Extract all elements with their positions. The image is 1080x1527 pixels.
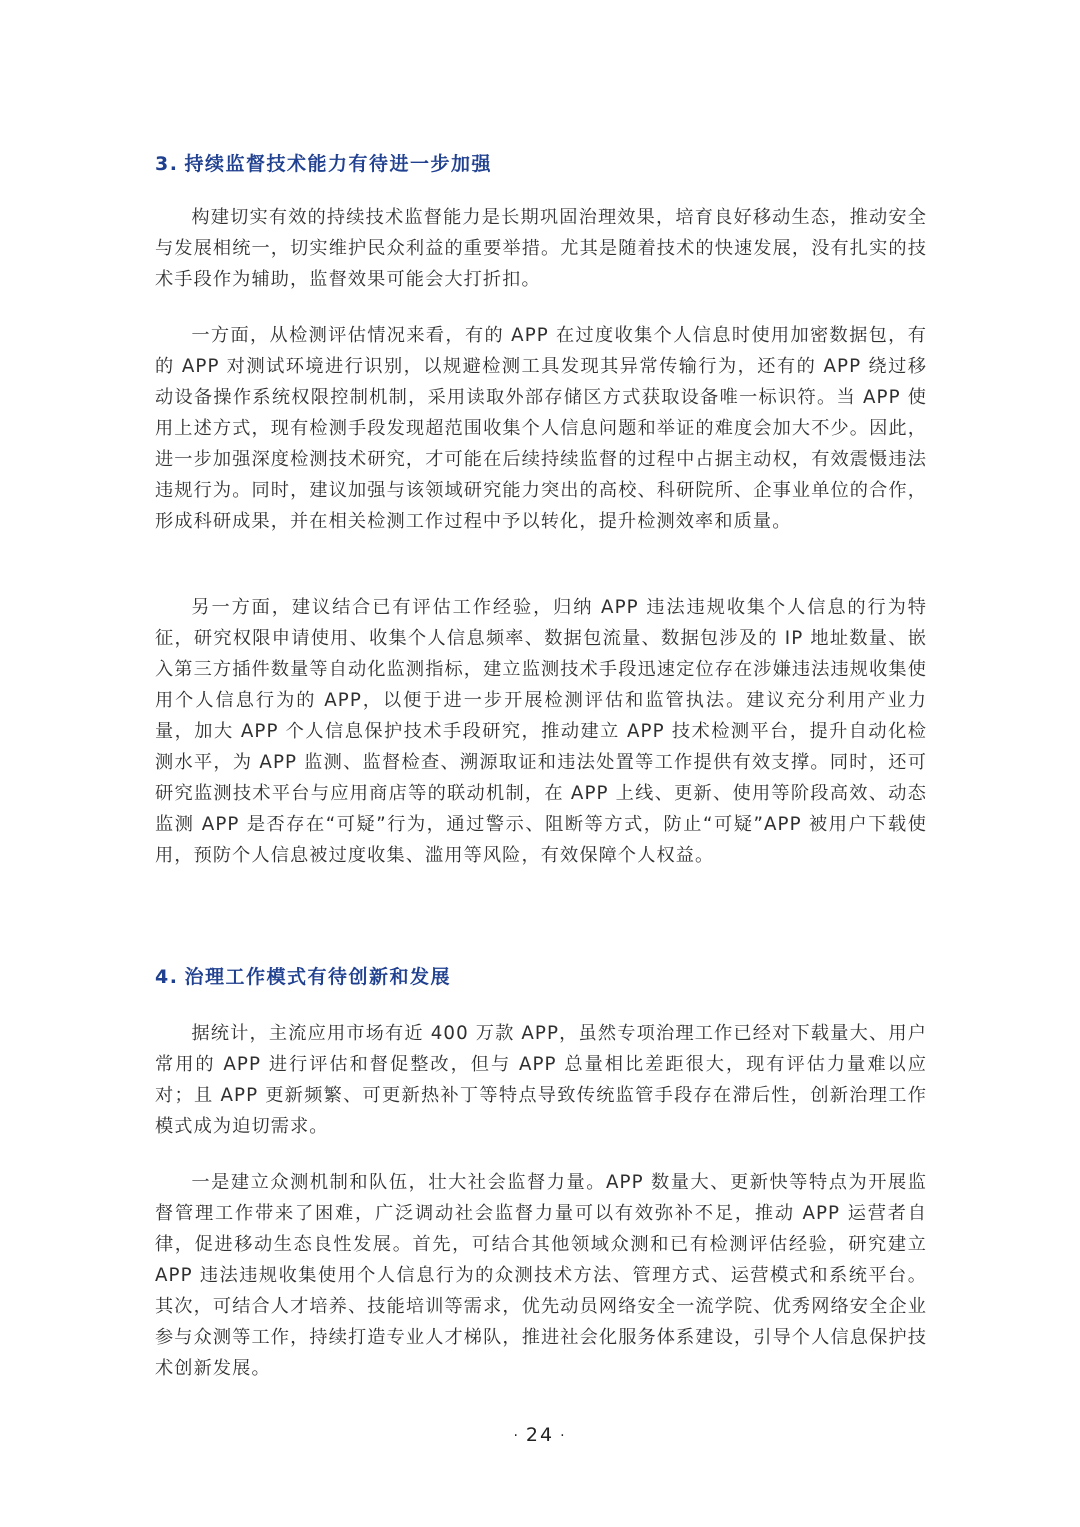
section-4-title: 治理工作模式有待创新和发展 bbox=[184, 966, 451, 988]
section-3-title: 持续监督技术能力有待进一步加强 bbox=[184, 153, 492, 175]
section-4-heading: 4.治理工作模式有待创新和发展 bbox=[155, 963, 451, 991]
section-3-paragraph-3: 另一方面，建议结合已有评估工作经验，归纳 APP 违法违规收集个人信息的行为特征… bbox=[155, 592, 927, 871]
page-number: ·24· bbox=[0, 1424, 1080, 1446]
section-4-paragraph-1: 据统计，主流应用市场有近 400 万款 APP，虽然专项治理工作已经对下载量大、… bbox=[155, 1018, 927, 1142]
page-number-value: 24 bbox=[526, 1424, 554, 1446]
section-3-paragraph-1: 构建切实有效的持续技术监督能力是长期巩固治理效果，培育良好移动生态，推动安全与发… bbox=[155, 202, 927, 295]
page-number-dot-right: · bbox=[560, 1428, 566, 1444]
section-3-heading: 3.持续监督技术能力有待进一步加强 bbox=[155, 150, 492, 178]
page-number-dot-left: · bbox=[513, 1428, 519, 1444]
section-3-number: 3. bbox=[155, 153, 178, 175]
section-4-paragraph-2: 一是建立众测机制和队伍，壮大社会监督力量。APP 数量大、更新快等特点为开展监督… bbox=[155, 1167, 927, 1384]
section-3-paragraph-2: 一方面，从检测评估情况来看，有的 APP 在过度收集个人信息时使用加密数据包，有… bbox=[155, 320, 927, 537]
section-4-number: 4. bbox=[155, 966, 178, 988]
